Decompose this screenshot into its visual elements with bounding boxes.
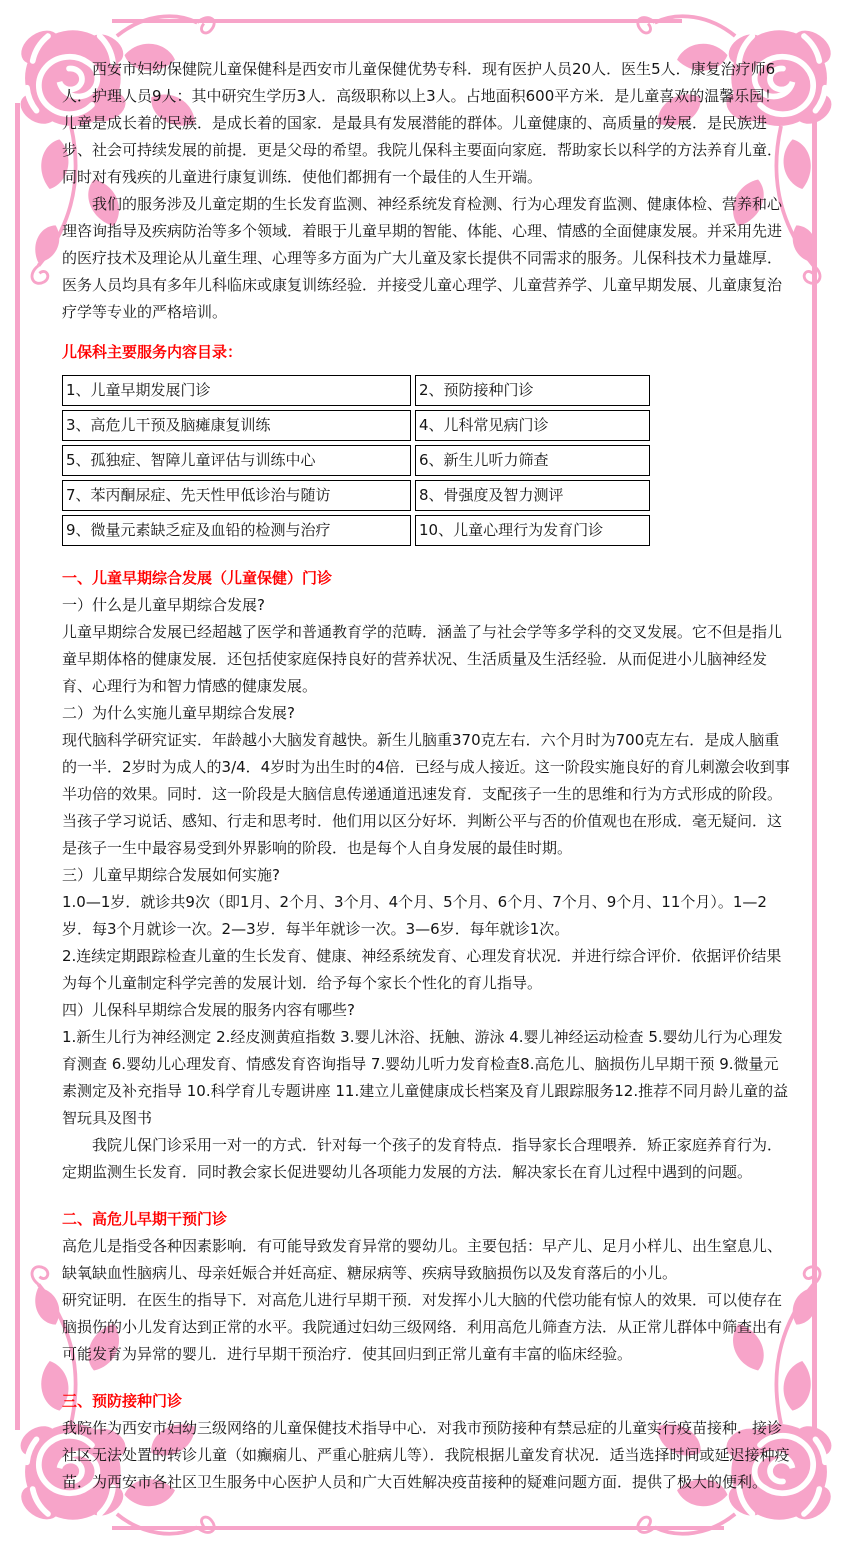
service-cell: 2、预防接种门诊 [415,375,650,406]
service-cell: 8、骨强度及智力测评 [415,480,650,511]
section-2-heading: 二、高危儿早期干预门诊 [62,1206,790,1233]
table-row: 1、儿童早期发展门诊 2、预防接种门诊 [62,375,790,406]
section-1-closing: 我院儿保门诊采用一对一的方式．针对每一个孩子的发育特点．指导家长合理喂养．矫正家… [62,1132,790,1186]
section-1-question-3: 三）儿童早期综合发展如何实施? [62,862,790,889]
services-table: 1、儿童早期发展门诊 2、预防接种门诊 3、高危儿干预及脑瘫康复训练 4、儿科常… [62,375,790,546]
table-row: 9、微量元素缺乏症及血铅的检测与治疗 10、儿童心理行为发育门诊 [62,515,790,546]
section-2-paragraph-2: 研究证明．在医生的指导下．对高危儿进行早期干预．对发挥小儿大脑的代偿功能有惊人的… [62,1287,790,1368]
table-row: 3、高危儿干预及脑瘫康复训练 4、儿科常见病门诊 [62,410,790,441]
border-line-left [15,103,20,1430]
table-row: 5、孤独症、智障儿童评估与训练中心 6、新生儿听力筛查 [62,445,790,476]
section-1-question-1: 一）什么是儿童早期综合发展? [62,592,790,619]
section-3-paragraph-1: 我院作为西安市妇幼三级网络的儿童保健技术指导中心．对我市预防接种有禁忌症的儿童实… [62,1415,790,1496]
page: { "theme": { "border_pink": "#f7a4c9", "… [0,0,852,1550]
service-cell: 6、新生儿听力筛查 [415,445,650,476]
service-cell: 7、苯丙酮尿症、先天性甲低诊治与随访 [62,480,411,511]
section-1-answer-3-item-2: 2.连续定期跟踪检查儿童的生长发育、健康、神经系统发育、心理发育状况．并进行综合… [62,943,790,997]
service-cell: 5、孤独症、智障儿童评估与训练中心 [62,445,411,476]
service-cell: 10、儿童心理行为发育门诊 [415,515,650,546]
intro-paragraph-2: 儿童是成长着的民族．是成长着的国家．是最具有发展潜能的群体。儿童健康的、高质量的… [62,110,790,191]
section-2-paragraph-1: 高危儿是指受各种因素影响．有可能导致发育异常的婴幼儿。主要包括：早产儿、足月小样… [62,1233,790,1287]
service-cell: 9、微量元素缺乏症及血铅的检测与治疗 [62,515,411,546]
section-1-answer-3-item-1: 1.0—1岁．就诊共9次（即1月、2个月、3个月、4个月、5个月、6个月、7个月… [62,889,790,943]
intro-paragraph-1: 西安市妇幼保健院儿童保健科是西安市儿童保健优势专科．现有医护人员20人．医生5人… [62,56,790,110]
section-1-question-4: 四）儿保科早期综合发展的服务内容有哪些? [62,997,790,1024]
table-row: 7、苯丙酮尿症、先天性甲低诊治与随访 8、骨强度及智力测评 [62,480,790,511]
document-body: 西安市妇幼保健院儿童保健科是西安市儿童保健优势专科．现有医护人员20人．医生5人… [62,56,790,1496]
service-cell: 1、儿童早期发展门诊 [62,375,411,406]
service-cell: 4、儿科常见病门诊 [415,410,650,441]
section-1-question-2: 二）为什么实施儿童早期综合发展? [62,700,790,727]
intro-paragraph-3: 我们的服务涉及儿童定期的生长发育监测、神经系统发育检测、行为心理发育监测、健康体… [62,191,790,326]
services-directory-title: 儿保科主要服务内容目录： [62,339,790,366]
section-3-heading: 三、预防接种门诊 [62,1388,790,1415]
section-1-answer-4: 1.新生儿行为神经测定 2.经皮测黄疸指数 3.婴儿沐浴、抚触、游泳 4.婴儿神… [62,1024,790,1132]
section-1-answer-1: 儿童早期综合发展已经超越了医学和普通教育学的范畴．涵盖了与社会学等多学科的交叉发… [62,619,790,700]
section-1-heading: 一、儿童早期综合发展（儿童保健）门诊 [62,565,790,592]
service-cell: 3、高危儿干预及脑瘫康复训练 [62,410,411,441]
section-1-answer-2: 现代脑科学研究证实．年龄越小大脑发育越快。新生儿脑重370克左右．六个月时为70… [62,727,790,862]
border-line-right [812,103,817,1438]
